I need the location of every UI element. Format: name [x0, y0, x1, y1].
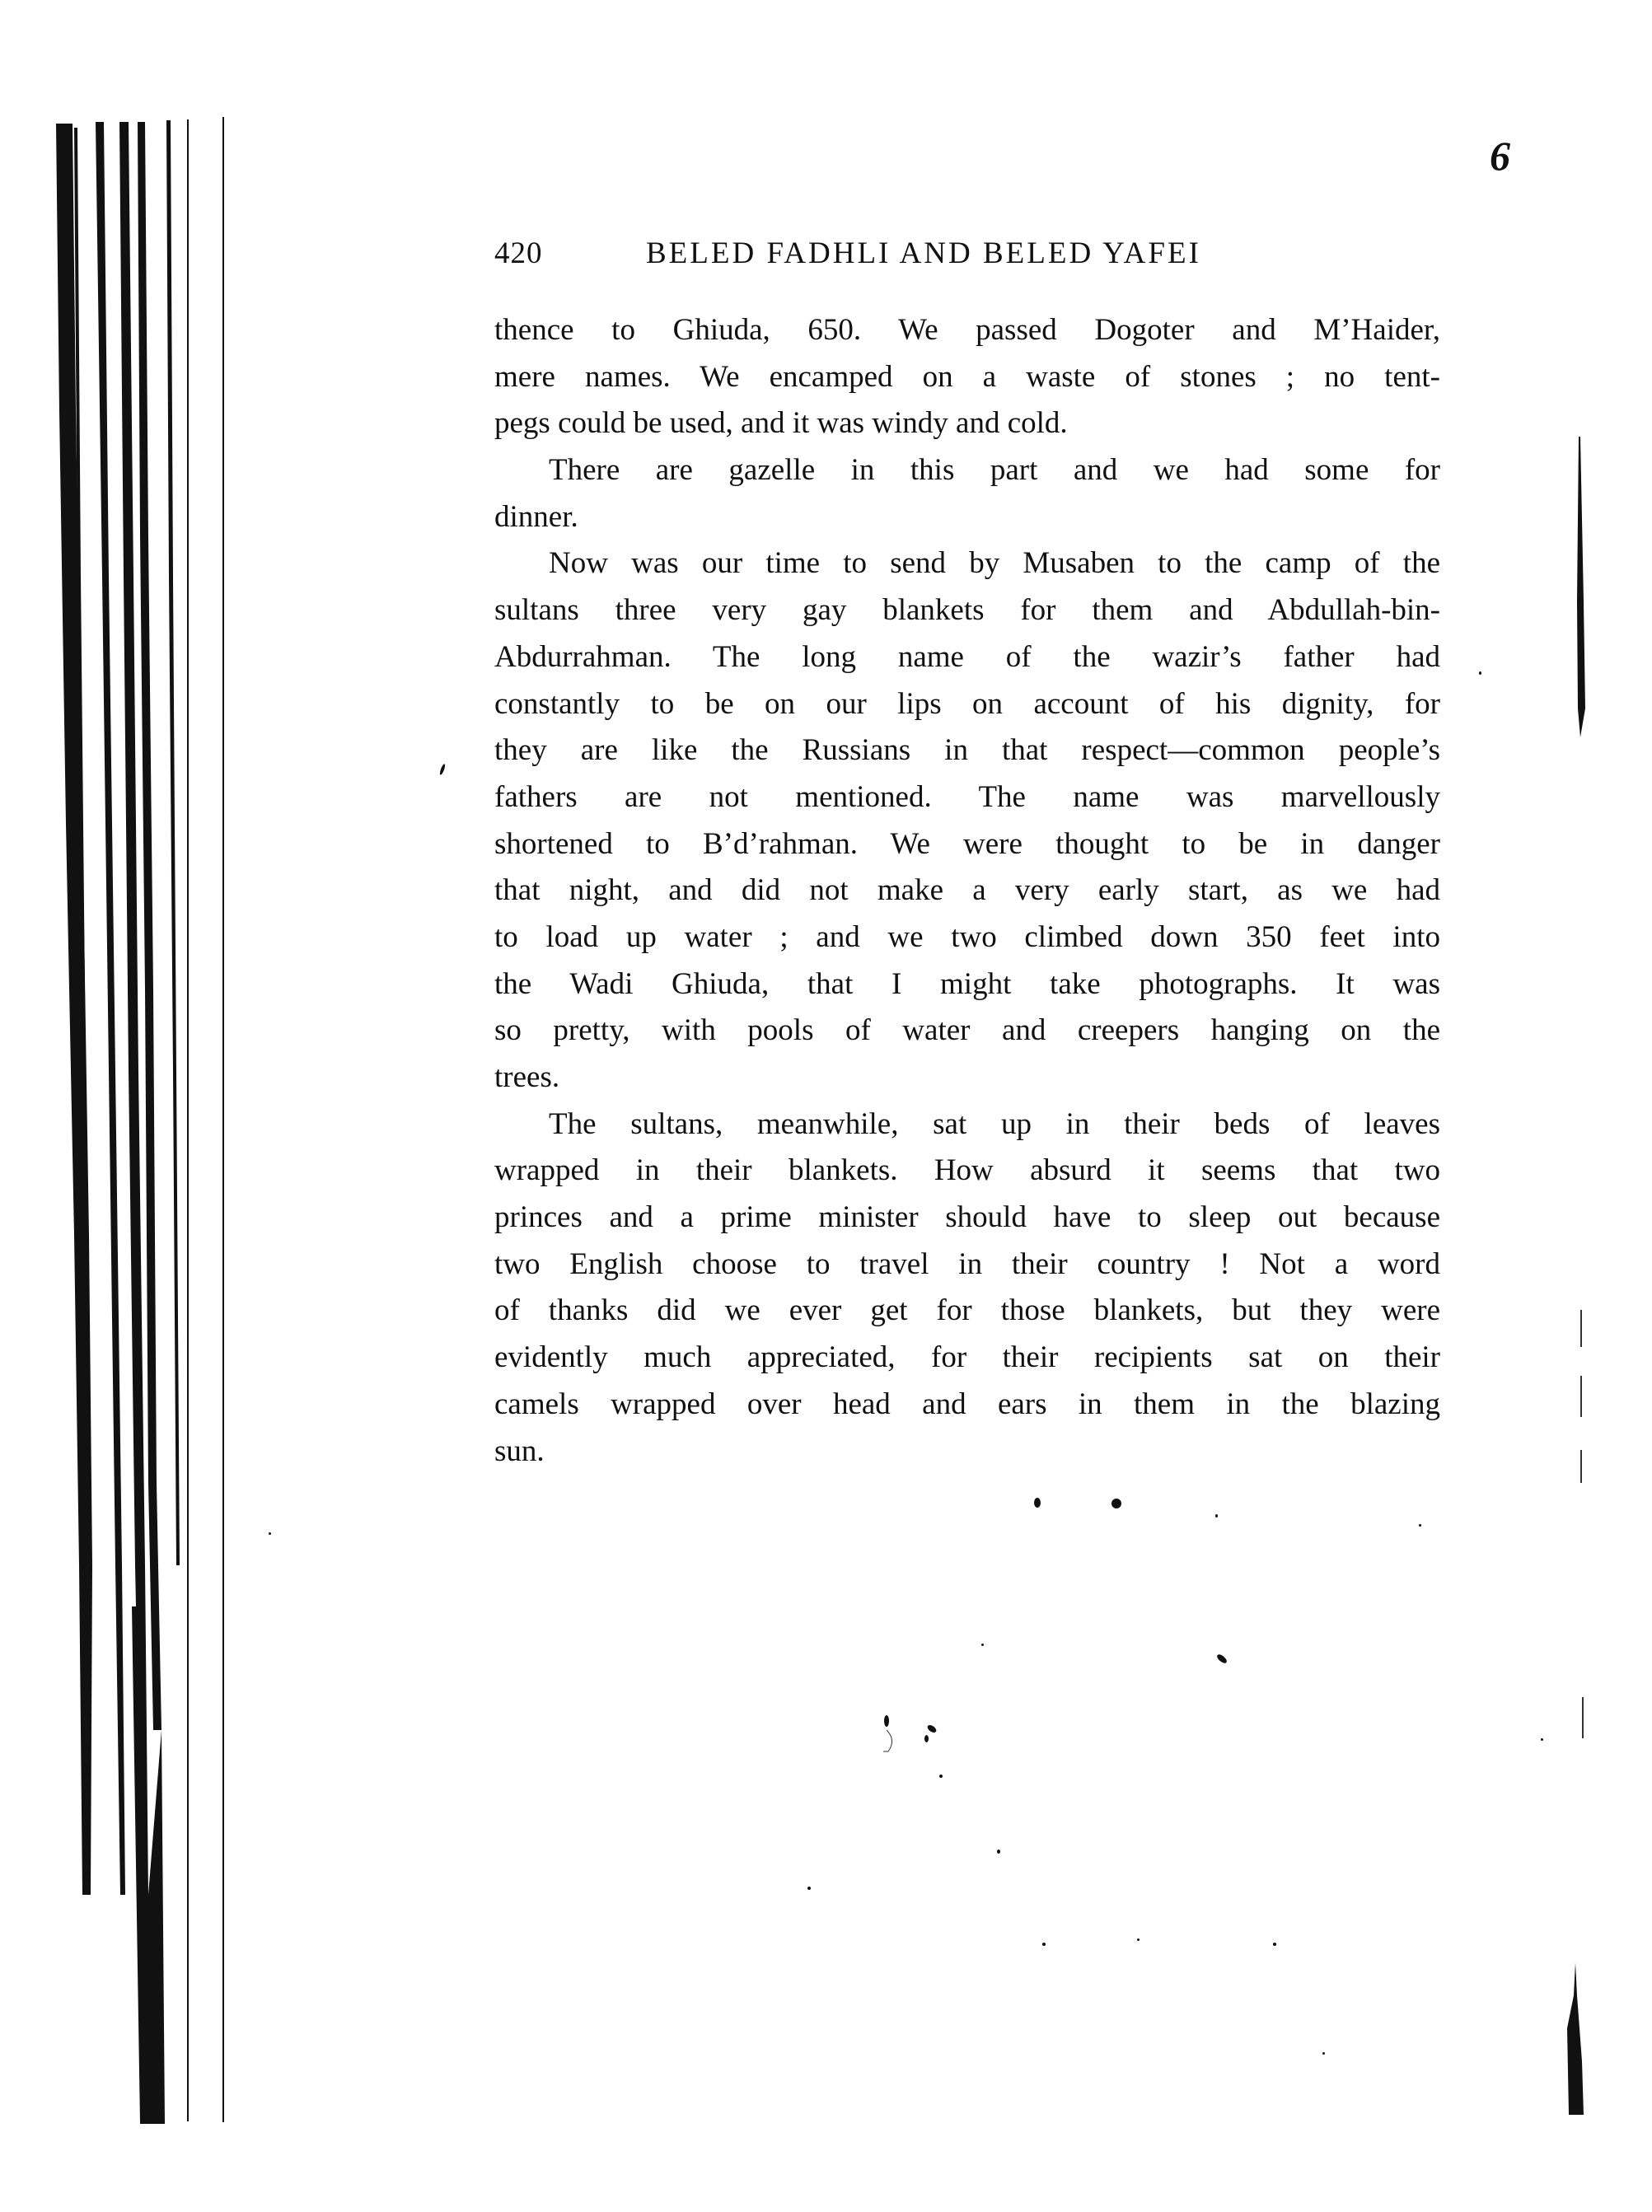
page-number: 420: [494, 236, 543, 271]
text-line: to load up water ; and we two climbed do…: [494, 914, 1440, 961]
text-line: thence to Ghiuda, 650. We passed Dogoter…: [494, 307, 1440, 354]
text-line: wrapped in their blankets. How absurd it…: [494, 1148, 1440, 1195]
text-line: mere names. We encamped on a waste of st…: [494, 354, 1440, 401]
text-line: so pretty, with pools of water and creep…: [494, 1008, 1440, 1055]
scan-speck: [1322, 2052, 1325, 2055]
paragraph-start-line: The sultans, meanwhile, sat up in their …: [494, 1101, 1440, 1148]
text-line: they are like the Russians in that respe…: [494, 727, 1440, 774]
text-line: Abdurrahman. The long name of the wazir’…: [494, 634, 1440, 681]
right-margin-tick: [1582, 1697, 1584, 1738]
scan-arc-mark: [880, 1728, 900, 1755]
scan-speck: [997, 1850, 1000, 1854]
text-line: that night, and did not make a very earl…: [494, 867, 1440, 914]
scan-speck: [1541, 1738, 1543, 1741]
text-line: trees.: [494, 1055, 1440, 1101]
scan-speck: [981, 1644, 984, 1646]
text-line: camels wrapped over head and ears in the…: [494, 1382, 1440, 1429]
body-text: thence to Ghiuda, 650. We passed Dogoter…: [494, 307, 1440, 1475]
right-margin-tick: [1580, 1310, 1582, 1347]
paragraph-start-line: Now was our time to send by Musaben to t…: [494, 540, 1440, 587]
right-margin-tick: [1580, 1376, 1582, 1417]
scanned-book-page: 6 420 BELED FADHLI AND BELED YAFEI thenc…: [0, 0, 1652, 2212]
right-margin-bar-upper: [1574, 437, 1590, 741]
scan-speck: [1137, 1938, 1140, 1941]
scan-speck: [884, 1715, 889, 1727]
scan-speck: [939, 1775, 943, 1778]
scan-speck: [1419, 1524, 1421, 1527]
scan-speck: [924, 1735, 929, 1742]
scan-speck: [1042, 1943, 1046, 1946]
scan-speck: [1034, 1498, 1041, 1508]
text-line: of thanks did we ever get for those blan…: [494, 1288, 1440, 1335]
text-line: pegs could be used, and it was windy and…: [494, 400, 1440, 447]
text-line: fathers are not mentioned. The name was …: [494, 774, 1440, 821]
book-binding-edge: [0, 0, 264, 2212]
scan-speck: [269, 1532, 271, 1535]
running-head: 420 BELED FADHLI AND BELED YAFEI: [494, 236, 1442, 277]
text-line: shortened to B’d’rahman. We were thought…: [494, 821, 1440, 868]
text-line: evidently much appreciated, for their re…: [494, 1335, 1440, 1382]
corner-handwritten-mark: 6: [1490, 132, 1510, 180]
scan-speck: [1273, 1943, 1276, 1946]
text-line: dinner.: [494, 494, 1440, 541]
text-line: sun.: [494, 1429, 1440, 1475]
scan-speck: [807, 1887, 811, 1890]
paragraph-start-line: There are gazelle in this part and we ha…: [494, 447, 1440, 494]
text-line: the Wadi Ghiuda, that I might take photo…: [494, 961, 1440, 1008]
right-margin-bar-lower: [1565, 1962, 1590, 2127]
scan-speck: [926, 1723, 938, 1734]
scan-speck: [1215, 1653, 1228, 1664]
running-head-title: BELED FADHLI AND BELED YAFEI: [646, 236, 1201, 271]
scan-speck: [1215, 1514, 1218, 1518]
text-line: princes and a prime minister should have…: [494, 1195, 1440, 1242]
scan-speck: [1479, 671, 1481, 675]
text-line: sultans three very gay blankets for them…: [494, 587, 1440, 634]
text-line: constantly to be on our lips on account …: [494, 681, 1440, 728]
right-margin-tick: [1580, 1450, 1582, 1483]
text-line: two English choose to travel in their co…: [494, 1242, 1440, 1288]
scan-speck: [1111, 1499, 1121, 1508]
scan-speck: [439, 764, 447, 776]
